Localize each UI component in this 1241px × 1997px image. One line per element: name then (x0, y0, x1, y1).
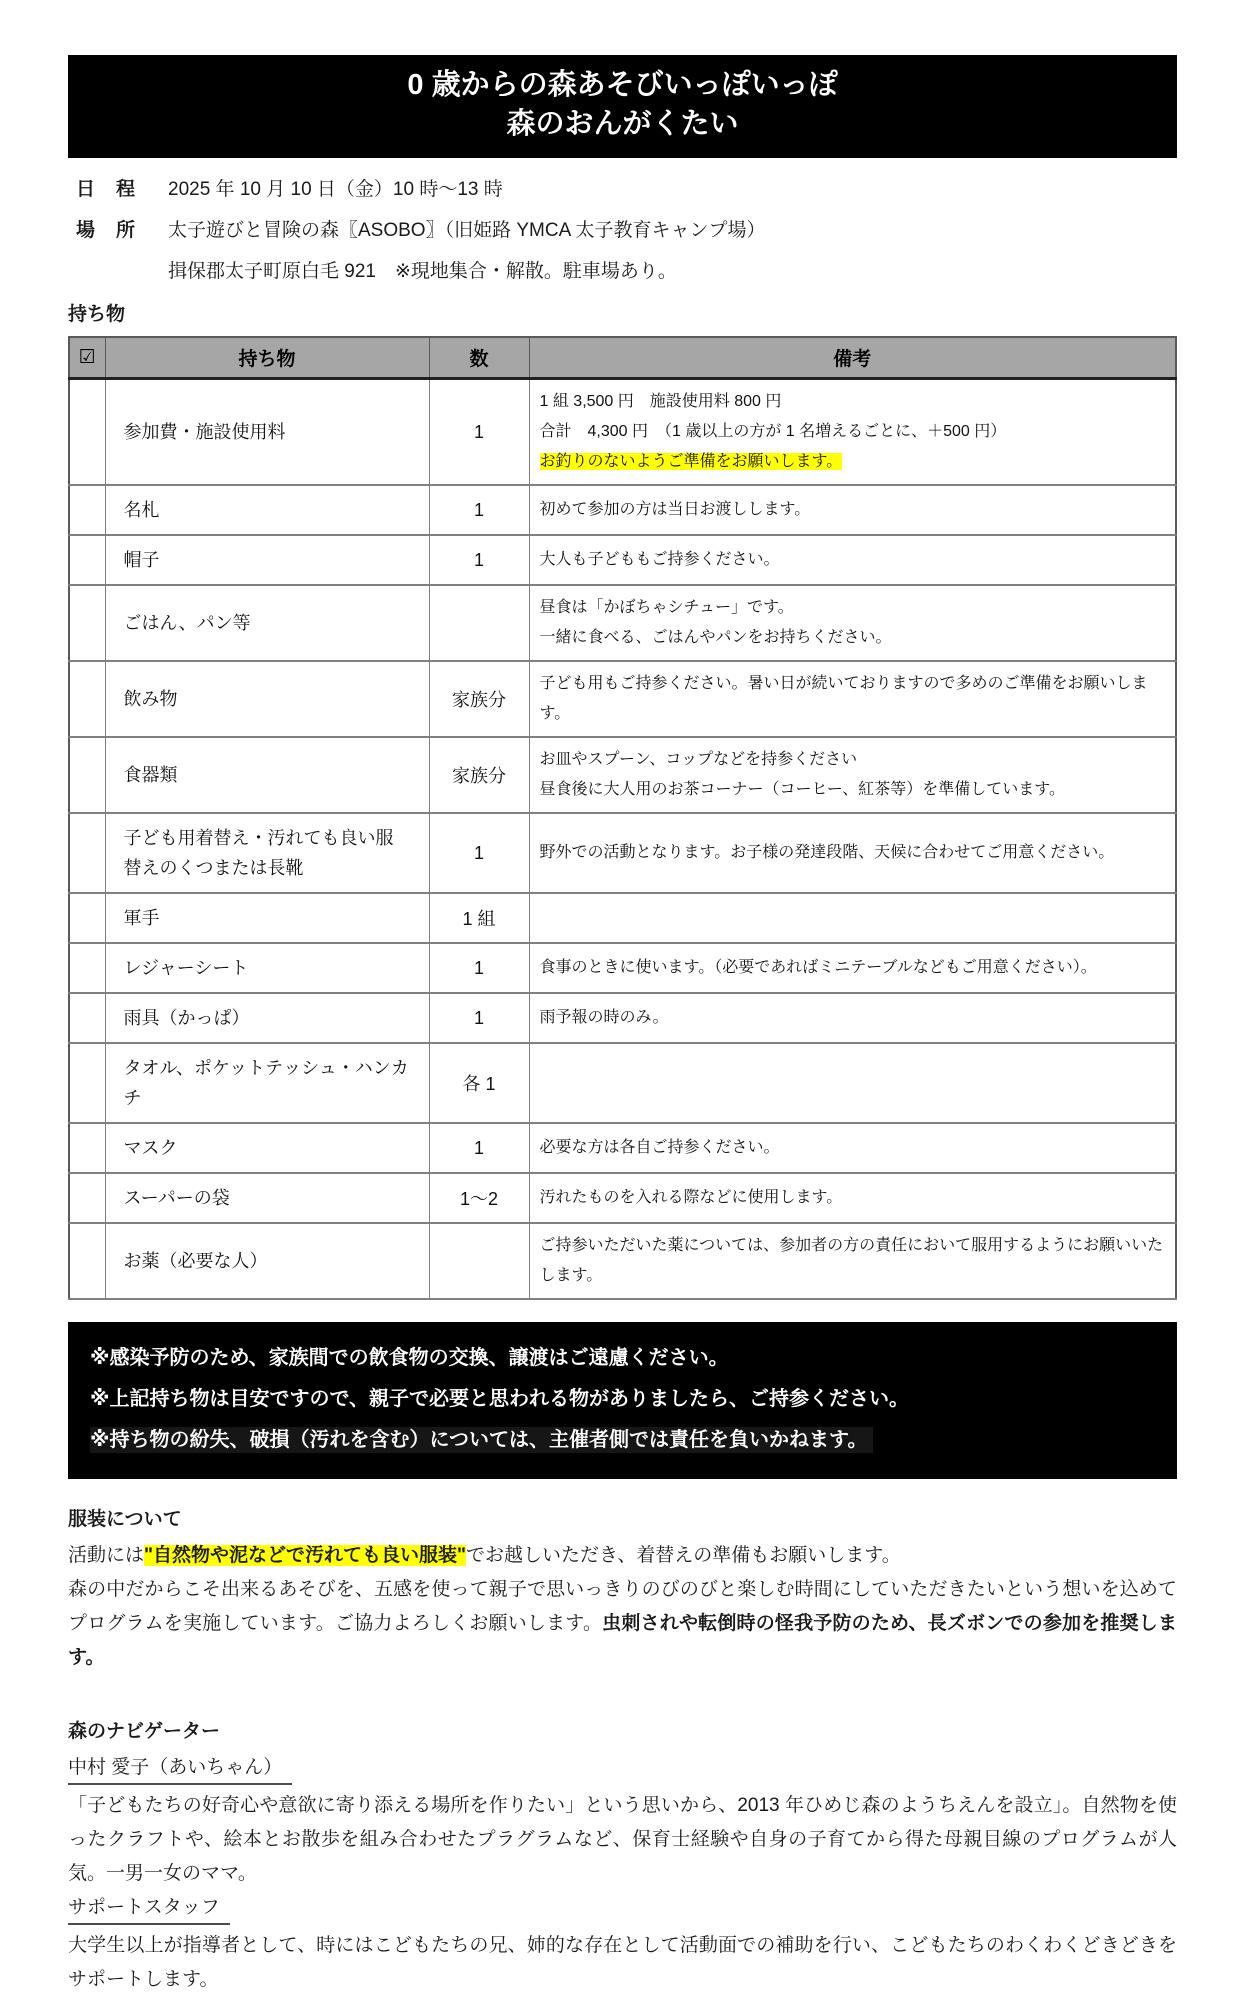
event-info: 日 程 2025 年 10 月 10 日（金）10 時～13 時 場 所 太子遊… (76, 174, 1177, 283)
note-line: ※持ち物の紛失、破損（汚れを含む）については、主催者側では責任を負いかねます。 (90, 1420, 1155, 1461)
item-qty: 1 (429, 993, 529, 1043)
place-label: 場 所 (76, 215, 168, 242)
remark-line: 子ども用もご持参ください。暑い日が続いておりますので多めのご準備をお願いします。 (540, 669, 1166, 729)
table-row: マスク 1 必要な方は各自ご持参ください。 (69, 1123, 1176, 1173)
item-qty: 1～2 (429, 1173, 529, 1223)
date-label: 日 程 (76, 174, 168, 201)
table-row: 帽子 1 大人も子どももご持参ください。 (69, 535, 1176, 585)
event-title-line1: 0 歳からの森あそびいっぽいっぽ (68, 66, 1177, 105)
check-cell (69, 943, 105, 993)
remark-line: 昼食後に大人用のお茶コーナー（コーヒー、紅茶等）を準備しています。 (540, 775, 1166, 805)
item-qty: 家族分 (429, 737, 529, 813)
remark-line: 合計 4,300 円 （1 歳以上の方が 1 名増えるごとに、＋500 円） (540, 417, 1166, 447)
item-name: 名札 (105, 485, 429, 535)
item-remarks (529, 893, 1176, 943)
belongings-table: ☑ 持ち物 数 備考 参加費・施設使用料 1 1 組 3,500 円 施設使用料… (68, 336, 1177, 1300)
check-cell (69, 585, 105, 661)
item-remarks: お皿やスプーン、コップなどを持参ください 昼食後に大人用のお茶コーナー（コーヒー… (529, 737, 1176, 813)
navigator-section: 森のナビゲーター 中村 愛子（あいちゃん） 「子どもたちの好奇心や意欲に寄り添え… (68, 1715, 1177, 1997)
item-name: お薬（必要な人） (105, 1223, 429, 1299)
item-name: 雨具（かっぱ） (105, 993, 429, 1043)
remark-line-highlighted: お釣りのないようご準備をお願いします。 (540, 447, 1166, 477)
table-row: スーパーの袋 1～2 汚れたものを入れる際などに使用します。 (69, 1173, 1176, 1223)
item-remarks: 雨予報の時のみ。 (529, 993, 1176, 1043)
date-row: 日 程 2025 年 10 月 10 日（金）10 時～13 時 (76, 174, 1177, 201)
table-header-row: ☑ 持ち物 数 備考 (69, 337, 1176, 379)
remark-line: 必要な方は各自ご持参ください。 (540, 1133, 1166, 1163)
column-header-item: 持ち物 (105, 337, 429, 379)
check-cell (69, 737, 105, 813)
remark-line: 雨予報の時のみ。 (540, 1003, 1166, 1033)
document-page: 0 歳からの森あそびいっぽいっぽ 森のおんがくたい 日 程 2025 年 10 … (0, 0, 1241, 1997)
item-name: 帽子 (105, 535, 429, 585)
item-qty: 1 (429, 485, 529, 535)
event-title-banner: 0 歳からの森あそびいっぽいっぽ 森のおんがくたい (68, 55, 1177, 158)
table-row: 食器類 家族分 お皿やスプーン、コップなどを持参ください 昼食後に大人用のお茶コ… (69, 737, 1176, 813)
item-remarks: 初めて参加の方は当日お渡しします。 (529, 485, 1176, 535)
table-row: レジャーシート 1 食事のときに使います。（必要であればミニテーブルなどもご用意… (69, 943, 1176, 993)
clothing-section: 服装について 活動には"自然物や泥などで汚れても良い服装"でお越しいただき、着替… (68, 1503, 1177, 1675)
check-cell (69, 1123, 105, 1173)
item-name: 飲み物 (105, 661, 429, 737)
item-qty: 1 (429, 379, 529, 486)
clothing-paragraph-1: 活動には"自然物や泥などで汚れても良い服装"でお越しいただき、着替えの準備もお願… (68, 1539, 1177, 1573)
notes-box: ※感染予防のため、家族間での飲食物の交換、譲渡はご遠慮ください。 ※上記持ち物は… (68, 1322, 1177, 1479)
check-cell (69, 1173, 105, 1223)
remark-line: お皿やスプーン、コップなどを持参ください (540, 745, 1166, 775)
place-row: 場 所 太子遊びと冒険の森〖ASOBO〗（旧姫路 YMCA 太子教育キャンプ場） (76, 215, 1177, 242)
clothing-paragraph-2: 森の中だからこそ出来るあそびを、五感を使って親子で思いっきりのびのびと楽しむ時間… (68, 1573, 1177, 1675)
item-name: 軍手 (105, 893, 429, 943)
table-row: 雨具（かっぱ） 1 雨予報の時のみ。 (69, 993, 1176, 1043)
item-qty: 1 組 (429, 893, 529, 943)
check-cell (69, 993, 105, 1043)
item-remarks (529, 1043, 1176, 1123)
checkbox-checked-icon: ☑ (69, 337, 105, 379)
check-cell (69, 1223, 105, 1299)
event-title-line2: 森のおんがくたい (68, 105, 1177, 144)
item-name: 子ども用着替え・汚れても良い服 替えのくつまたは長靴 (105, 813, 429, 893)
check-cell (69, 813, 105, 893)
table-row: 子ども用着替え・汚れても良い服 替えのくつまたは長靴 1 野外での活動となります… (69, 813, 1176, 893)
clothing-highlighted-text: "自然物や泥などで汚れても良い服装" (144, 1545, 466, 1566)
note-line: ※上記持ち物は目安ですので、親子で必要と思われる物がありましたら、ご持参ください… (90, 1379, 1155, 1420)
item-name: レジャーシート (105, 943, 429, 993)
clothing-text-post: でお越しいただき、着替えの準備もお願いします。 (466, 1545, 901, 1566)
item-remarks: 汚れたものを入れる際などに使用します。 (529, 1173, 1176, 1223)
item-remarks: 大人も子どももご持参ください。 (529, 535, 1176, 585)
remark-line: 1 組 3,500 円 施設使用料 800 円 (540, 387, 1166, 417)
item-qty: 1 (429, 535, 529, 585)
item-remarks: 食事のときに使います。（必要であればミニテーブルなどもご用意ください）。 (529, 943, 1176, 993)
column-header-qty: 数 (429, 337, 529, 379)
check-cell (69, 535, 105, 585)
check-cell (69, 485, 105, 535)
table-row: タオル、ポケットテッシュ・ハンカチ 各 1 (69, 1043, 1176, 1123)
remark-line: 昼食は「かぼちゃシチュー」です。 (540, 593, 1166, 623)
table-row: お薬（必要な人） ご持参いただいた薬については、参加者の方の責任において服用する… (69, 1223, 1176, 1299)
date-value: 2025 年 10 月 10 日（金）10 時～13 時 (168, 174, 1177, 201)
item-qty: 1 (429, 943, 529, 993)
remark-line: 一緒に食べる、ごはんやパンをお持ちください。 (540, 623, 1166, 653)
item-remarks: 子ども用もご持参ください。暑い日が続いておりますので多めのご準備をお願いします。 (529, 661, 1176, 737)
clothing-text-pre: 活動には (68, 1545, 144, 1566)
check-cell (69, 661, 105, 737)
item-name: タオル、ポケットテッシュ・ハンカチ (105, 1043, 429, 1123)
support-staff-row: サポートスタッフ (68, 1891, 1177, 1929)
item-remarks: 1 組 3,500 円 施設使用料 800 円 合計 4,300 円 （1 歳以… (529, 379, 1176, 486)
navigator-name-row: 中村 愛子（あいちゃん） (68, 1751, 1177, 1789)
item-qty (429, 1223, 529, 1299)
item-name: 食器類 (105, 737, 429, 813)
navigator-name: 中村 愛子（あいちゃん） (68, 1753, 292, 1785)
remark-line: 汚れたものを入れる際などに使用します。 (540, 1183, 1166, 1213)
check-cell (69, 1043, 105, 1123)
item-remarks: 必要な方は各自ご持参ください。 (529, 1123, 1176, 1173)
table-row: ごはん、パン等 昼食は「かぼちゃシチュー」です。 一緒に食べる、ごはんやパンをお… (69, 585, 1176, 661)
item-qty: 1 (429, 813, 529, 893)
note-line: ※感染予防のため、家族間での飲食物の交換、譲渡はご遠慮ください。 (90, 1338, 1155, 1379)
remark-line: 大人も子どももご持参ください。 (540, 545, 1166, 575)
item-qty (429, 585, 529, 661)
item-name: マスク (105, 1123, 429, 1173)
remark-line: 食事のときに使います。（必要であればミニテーブルなどもご用意ください）。 (540, 953, 1166, 983)
table-row: 名札 1 初めて参加の方は当日お渡しします。 (69, 485, 1176, 535)
support-staff-heading: サポートスタッフ (68, 1893, 230, 1925)
item-name: ごはん、パン等 (105, 585, 429, 661)
clothing-heading: 服装について (68, 1503, 1177, 1537)
remark-line: 野外での活動となります。お子様の発達段階、天候に合わせてご用意ください。 (540, 838, 1166, 868)
item-qty: 1 (429, 1123, 529, 1173)
table-row: 飲み物 家族分 子ども用もご持参ください。暑い日が続いておりますので多めのご準備… (69, 661, 1176, 737)
support-staff-bio: 大学生以上が指導者として、時にはこどもたちの兄、姉的な存在として活動面での補助を… (68, 1929, 1177, 1997)
place-note: 揖保郡太子町原白毛 921 ※現地集合・解散。駐車場あり。 (168, 256, 1177, 283)
item-qty: 家族分 (429, 661, 529, 737)
table-row: 参加費・施設使用料 1 1 組 3,500 円 施設使用料 800 円 合計 4… (69, 379, 1176, 486)
column-header-remarks: 備考 (529, 337, 1176, 379)
item-remarks: 昼食は「かぼちゃシチュー」です。 一緒に食べる、ごはんやパンをお持ちください。 (529, 585, 1176, 661)
item-qty: 各 1 (429, 1043, 529, 1123)
belongings-heading: 持ち物 (68, 299, 1177, 326)
item-remarks: ご持参いただいた薬については、参加者の方の責任において服用するようにお願いいたし… (529, 1223, 1176, 1299)
item-name: スーパーの袋 (105, 1173, 429, 1223)
table-row: 軍手 1 組 (69, 893, 1176, 943)
check-cell (69, 379, 105, 486)
place-value: 太子遊びと冒険の森〖ASOBO〗（旧姫路 YMCA 太子教育キャンプ場） (168, 215, 1177, 242)
item-name: 参加費・施設使用料 (105, 379, 429, 486)
remark-line: ご持参いただいた薬については、参加者の方の責任において服用するようにお願いいたし… (540, 1231, 1166, 1291)
navigator-bio: 「子どもたちの好奇心や意欲に寄り添える場所を作りたい」という思いから、2013 … (68, 1789, 1177, 1891)
remark-line: 初めて参加の方は当日お渡しします。 (540, 495, 1166, 525)
navigator-heading: 森のナビゲーター (68, 1715, 1177, 1749)
item-remarks: 野外での活動となります。お子様の発達段階、天候に合わせてご用意ください。 (529, 813, 1176, 893)
check-cell (69, 893, 105, 943)
